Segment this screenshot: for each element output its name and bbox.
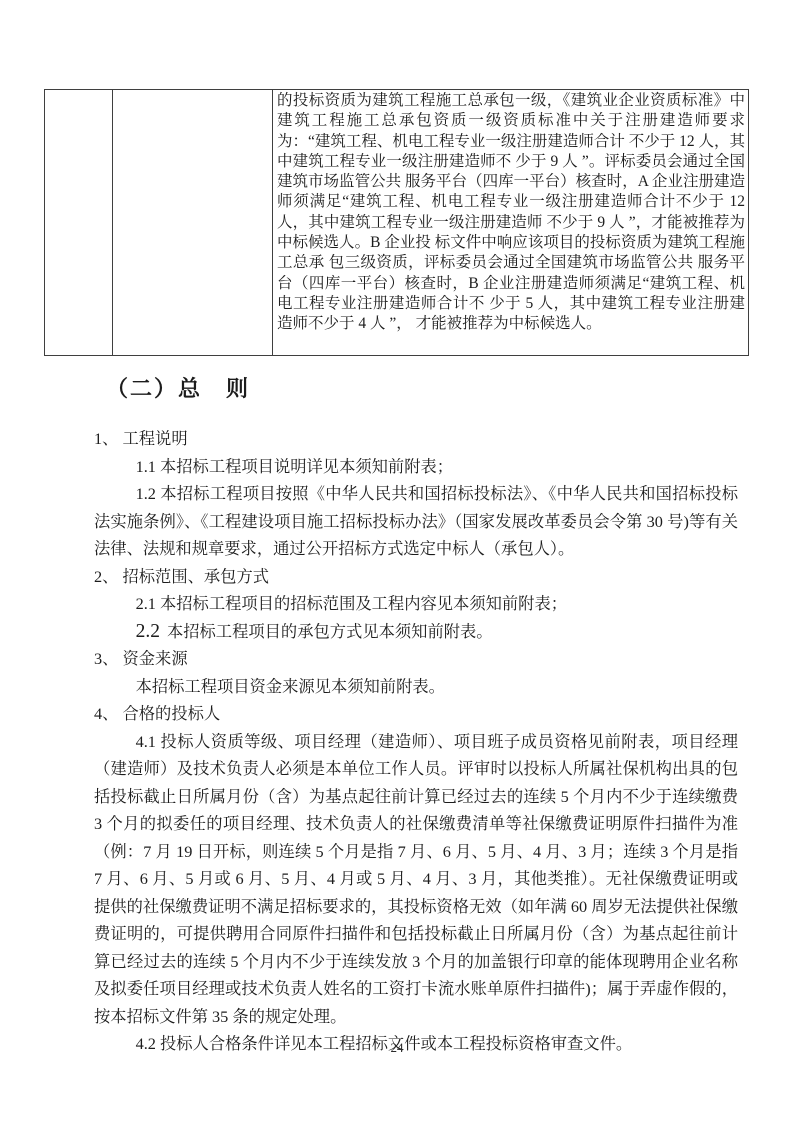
body-content: （二）总 则 1、 工程说明 1.1 本招标工程项目说明详见本须知前附表； 1.… (94, 372, 738, 1058)
section-heading: （二）总 则 (106, 372, 738, 403)
clause-2-1: 2.1 本招标工程项目的招标范围及工程内容见本须知前附表； (94, 590, 738, 618)
qualification-example-table: 的投标资质为建筑工程施工总承包一级，《建筑业企业资质标准》中建筑工程施工总承包资… (44, 89, 749, 356)
table-cell-label (113, 90, 273, 356)
table-cell-content: 的投标资质为建筑工程施工总承包一级，《建筑业企业资质标准》中建筑工程施工总承包资… (273, 90, 749, 356)
table-row: 的投标资质为建筑工程施工总承包一级，《建筑业企业资质标准》中建筑工程施工总承包资… (45, 90, 749, 356)
page-number: 24 (0, 1040, 794, 1056)
table-cell-seq (45, 90, 113, 356)
clause-2-2: 2.2本招标工程项目的承包方式见本须知前附表。 (94, 618, 738, 646)
clause-2-title: 2、 招标范围、承包方式 (94, 563, 738, 591)
clause-1-title: 1、 工程说明 (94, 425, 738, 453)
clause-3-title: 3、 资金来源 (94, 645, 738, 673)
clause-2-2-text: 本招标工程项目的承包方式见本须知前附表。 (167, 622, 493, 641)
clause-1-1: 1.1 本招标工程项目说明详见本须知前附表； (94, 453, 738, 481)
clause-1-2: 1.2 本招标工程项目按照《中华人民共和国招标投标法》、《中华人民共和国招标投标… (94, 480, 738, 563)
clause-3-body: 本招标工程项目资金来源见本须知前附表。 (94, 673, 738, 701)
clause-4-title: 4、 合格的投标人 (94, 700, 738, 728)
document-page: 的投标资质为建筑工程施工总承包一级，《建筑业企业资质标准》中建筑工程施工总承包资… (0, 0, 794, 1122)
clause-2-2-number: 2.2 (136, 621, 160, 642)
clause-4-1: 4.1 投标人资质等级、项目经理（建造师）、项目班子成员资格见前附表，项目经理（… (94, 728, 738, 1031)
